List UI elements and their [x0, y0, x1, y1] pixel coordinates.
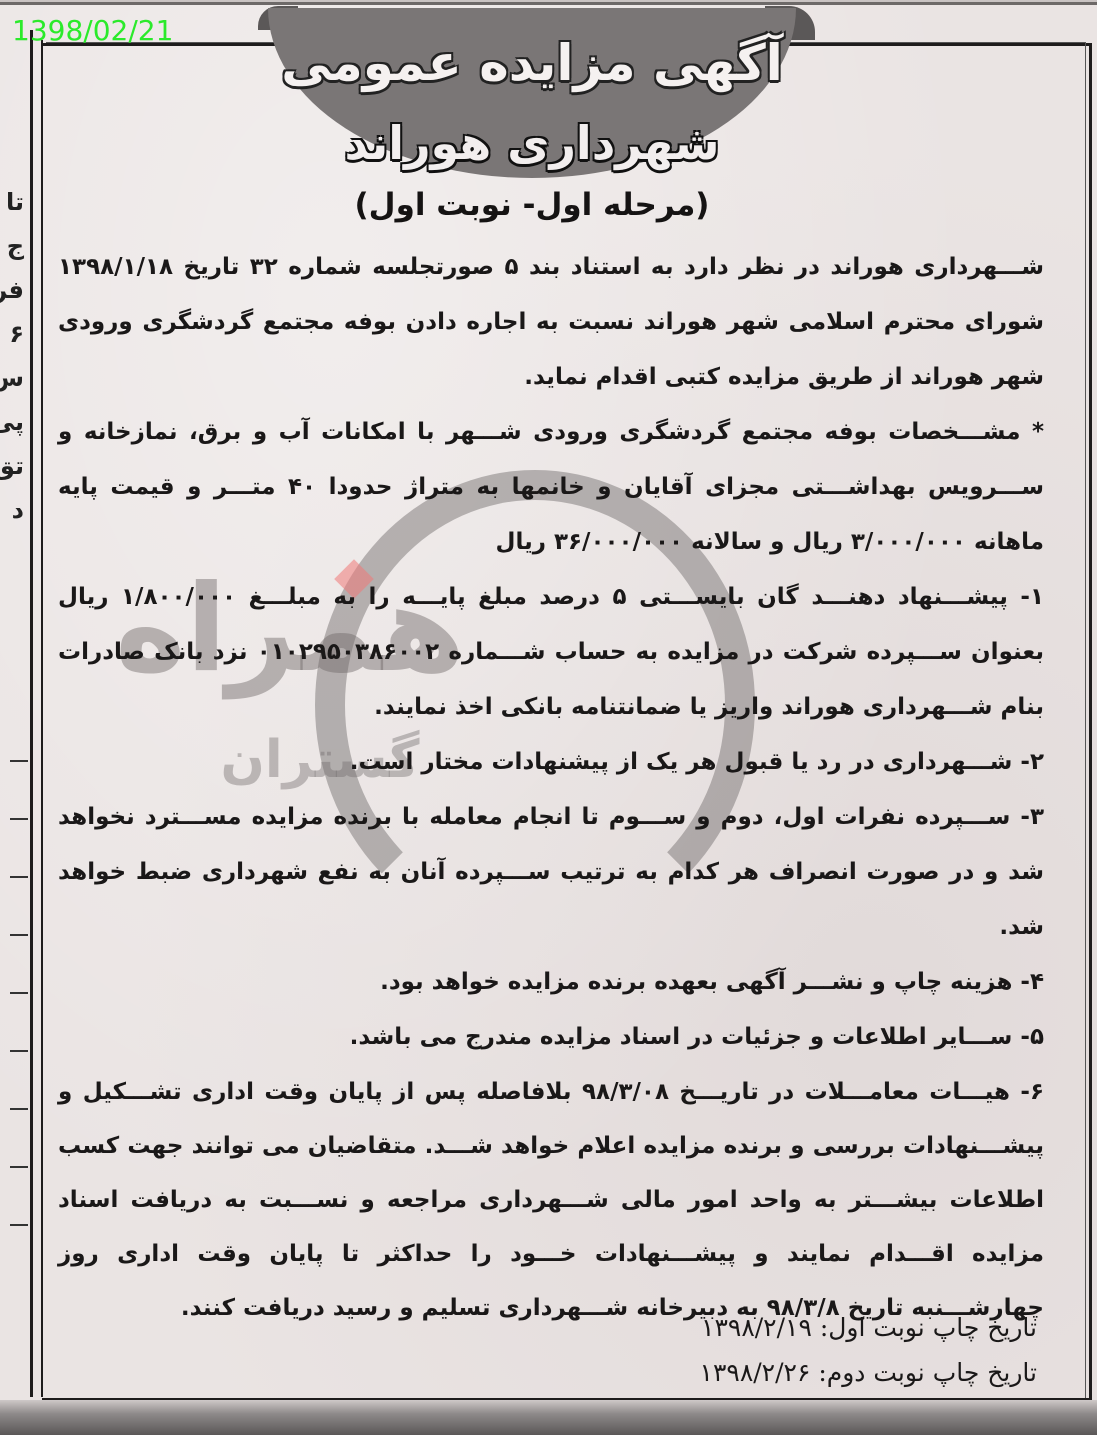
adjacent-column: تا ج فر ۶ س پی تق د [0, 180, 24, 532]
ad-phase: (مرحله اول- نوبت اول) [268, 180, 796, 230]
top-rule [0, 2, 1097, 5]
clause-3: ۳- ســـپرده نفرات اول، دوم و ســـوم تا ا… [58, 790, 1044, 955]
adjacent-fragment: تا [0, 180, 24, 224]
ad-title: آگهی مزایده عمومی [268, 8, 796, 118]
adjacent-fragment: پی [0, 400, 24, 444]
adjacent-column-rules [10, 760, 30, 1282]
adjacent-fragment: فر [0, 268, 24, 312]
clause-2: ۲- شـــهرداری در رد یا قبول هر یک از پیش… [58, 735, 1044, 790]
print-dates: تاریخ چاپ نوبت اول: ۱۳۹۸/۲/۱۹ تاریخ چاپ … [700, 1305, 1037, 1395]
adjacent-fragment: تق [0, 444, 24, 488]
first-print-date: تاریخ چاپ نوبت اول: ۱۳۹۸/۲/۱۹ [700, 1305, 1037, 1350]
adjacent-fragment: د [0, 488, 24, 532]
clause-4: ۴- هزینه چاپ و نشـــر آگهی بعهده برنده م… [58, 955, 1044, 1010]
clause-6: ۶- هیـــات معامـــلات در تاریـــخ ۹۸/۳/۰… [58, 1065, 1044, 1335]
clause-1: ۱- پیشـــنهاد دهنـــد گان بایســـتی ۵ در… [58, 570, 1044, 735]
page-bottom-edge [0, 1400, 1097, 1435]
adjacent-fragment: ج [0, 224, 24, 268]
intro-paragraph: شـــهرداری هوراند در نظر دارد به استناد … [58, 240, 1044, 405]
adjacent-fragment: ۶ [0, 312, 24, 356]
date-stamp: 1398/02/21 [12, 14, 173, 48]
clause-5: ۵- ســـایر اطلاعات و جزئیات در اسناد مزا… [58, 1010, 1044, 1065]
ad-body: شـــهرداری هوراند در نظر دارد به استناد … [58, 240, 1044, 1335]
column-divider [30, 30, 33, 1397]
adjacent-fragment: س [0, 356, 24, 400]
organization-name: شهرداری هوراند [268, 108, 796, 178]
second-print-date: تاریخ چاپ نوبت دوم: ۱۳۹۸/۲/۲۶ [700, 1350, 1037, 1395]
specs-paragraph: * مشـــخصات بوفه مجتمع گردشگری ورودی شــ… [58, 405, 1044, 570]
